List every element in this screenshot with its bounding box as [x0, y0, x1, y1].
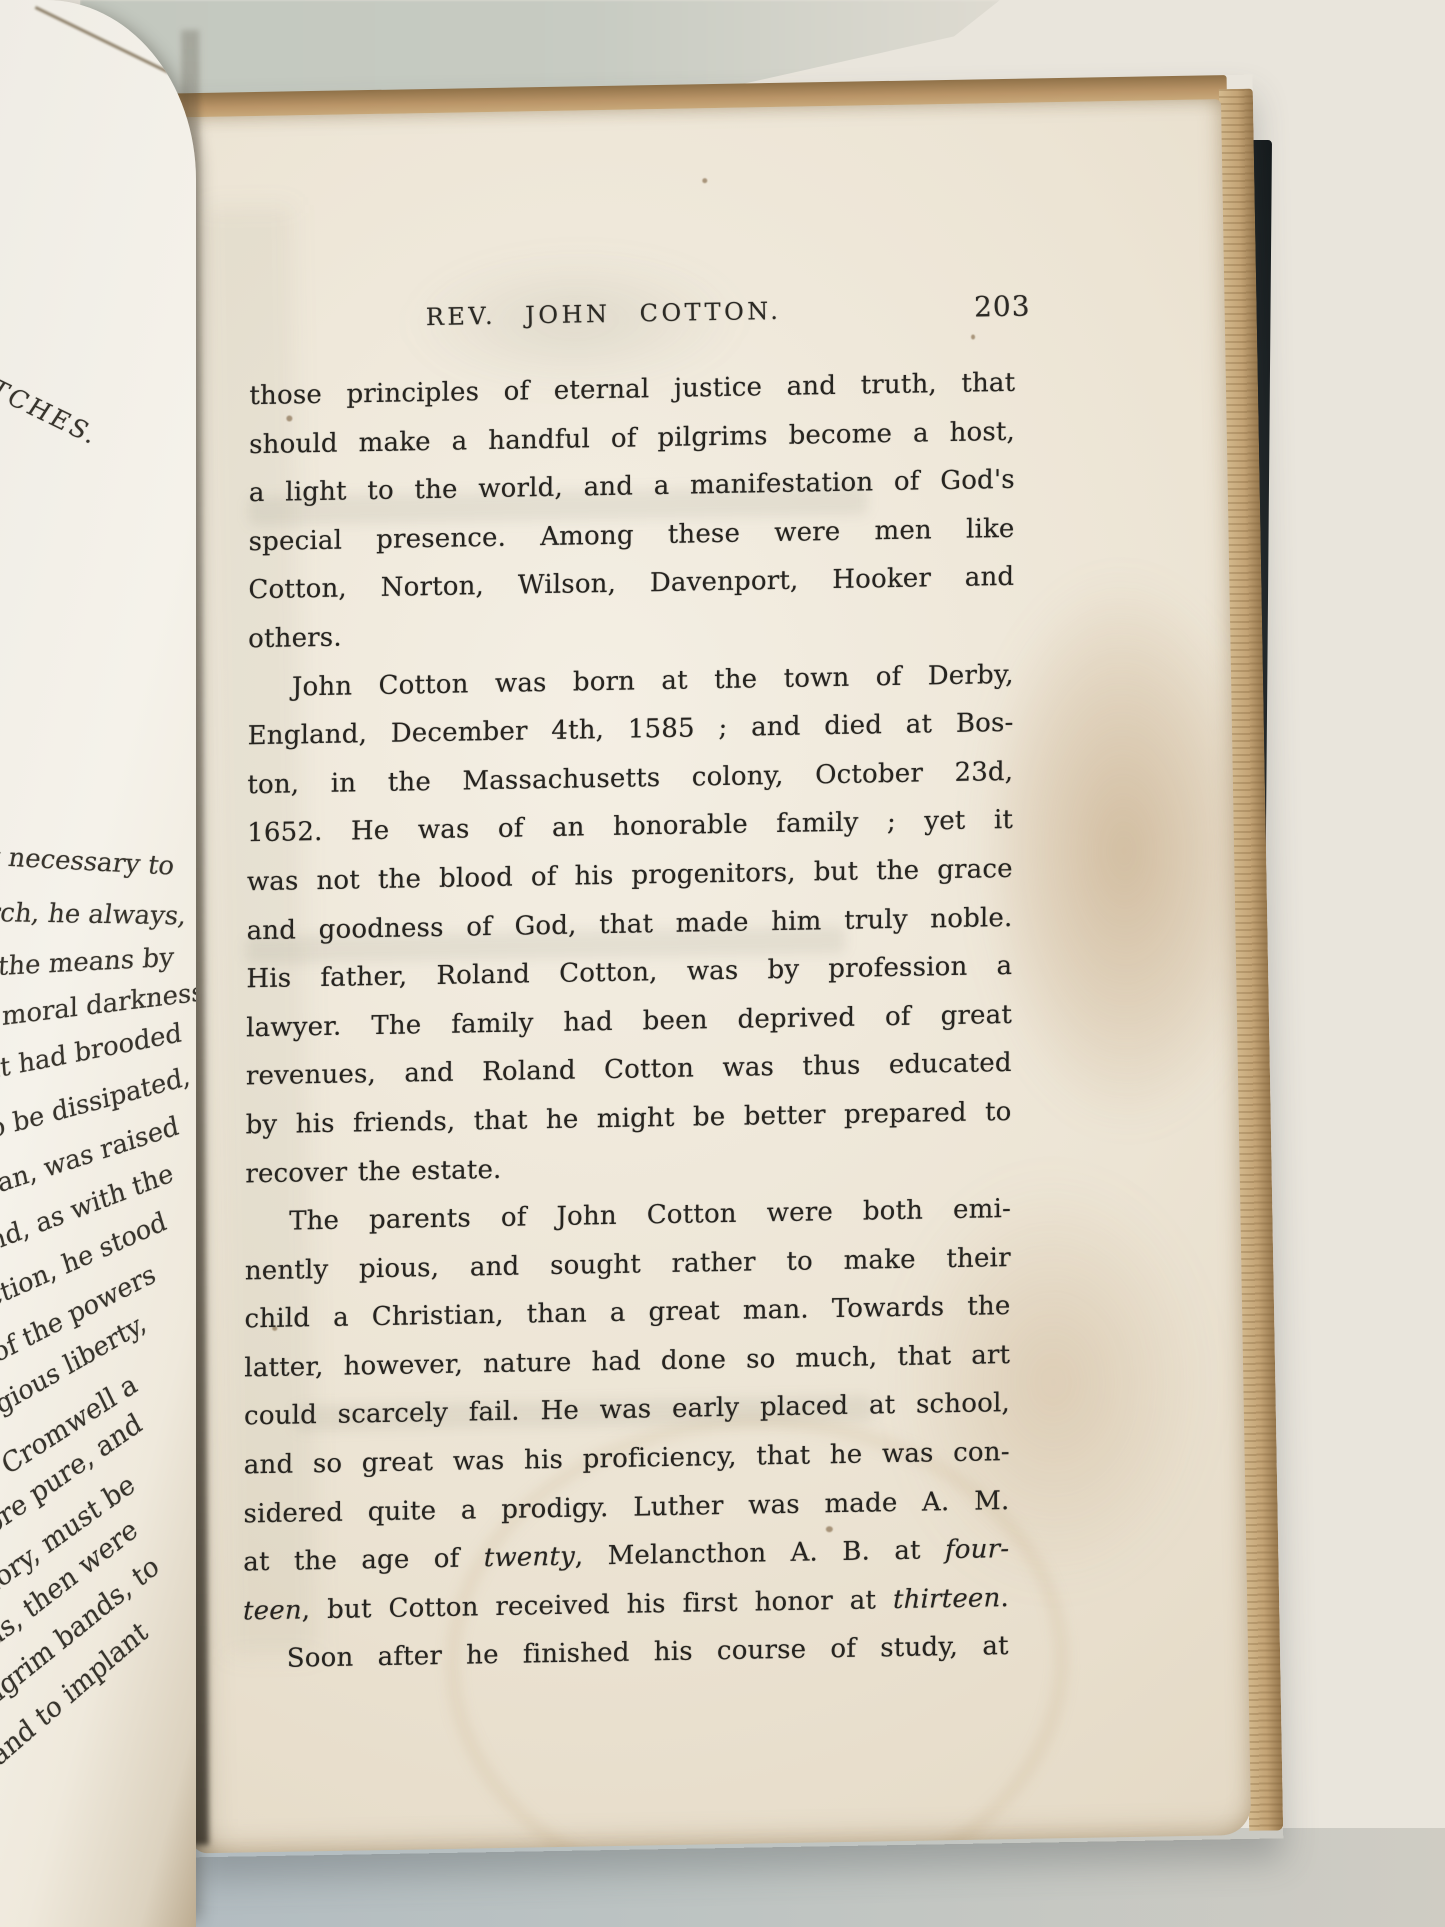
- left-page-text-fragment: rch, he always,: [0, 898, 189, 931]
- foxing-dot: [702, 178, 707, 183]
- left-page-text-fragment: t necessary to: [0, 842, 177, 881]
- right-page-block: REV. JOHN COTTON. 203 those principles o…: [161, 75, 1284, 1858]
- left-page-text-fragment: TCHES.: [0, 374, 106, 450]
- body-text: those principles of eternal justice and …: [243, 359, 1016, 1685]
- left-page: TCHES.t necessary torch, he always,the m…: [0, 0, 196, 1927]
- book-photo: REV. JOHN COTTON. 203 those principles o…: [0, 0, 1445, 1927]
- running-title: REV. JOHN COTTON.: [426, 297, 782, 331]
- left-page-text-fragment: the means by: [0, 943, 175, 982]
- page-text: REV. JOHN COTTON. 203 those principles o…: [248, 293, 1038, 1684]
- page-number: 203: [974, 290, 1031, 324]
- page-header: REV. JOHN COTTON. 203: [248, 293, 1015, 344]
- right-page: REV. JOHN COTTON. 203 those principles o…: [161, 99, 1251, 1853]
